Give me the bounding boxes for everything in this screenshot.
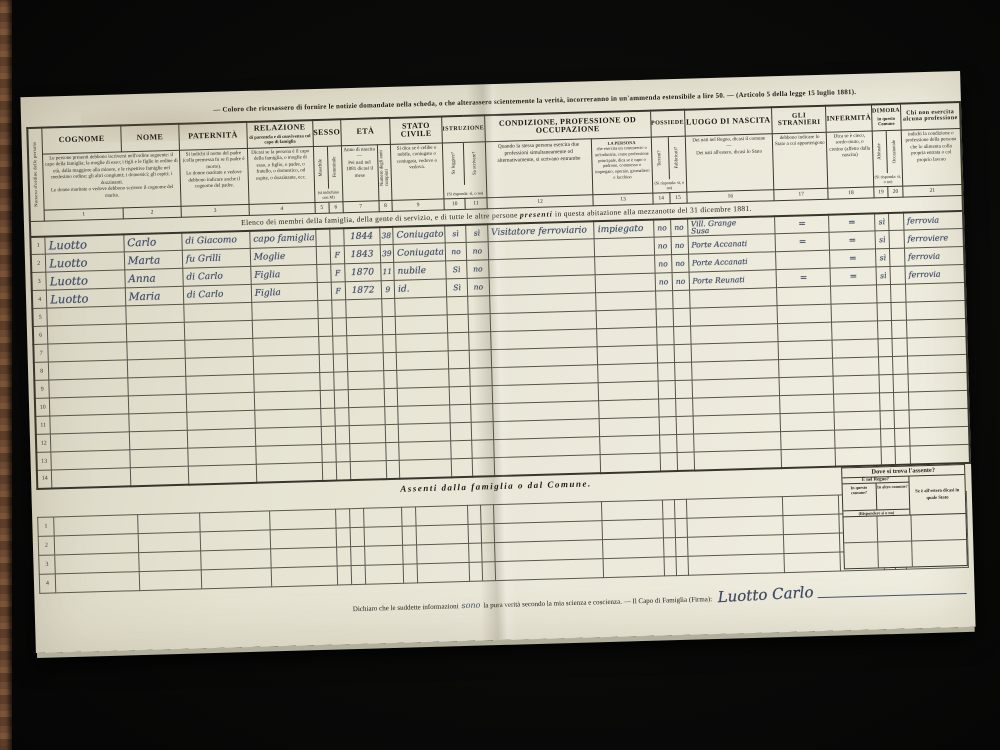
declaration-line: Dichiaro che le suddette informazioni so… xyxy=(352,580,966,615)
cell-stato-civile xyxy=(398,423,450,442)
cell-cognome xyxy=(51,432,130,452)
cell-la-persona xyxy=(596,291,656,311)
cell-fabbricati: no xyxy=(672,272,689,290)
cell-anno-nascita xyxy=(346,335,382,354)
cell-chi-non-esercita xyxy=(909,408,969,428)
cell-sesso-f: F xyxy=(331,282,345,300)
cell-dimora-abituale xyxy=(876,285,891,303)
cell-fabbricati xyxy=(673,308,690,326)
cell-nome: Carlo xyxy=(124,232,183,252)
header-relazione: RELAZIONEdi parentela e di convivenza co… xyxy=(246,120,313,148)
cell-dimora-occasionale xyxy=(892,338,907,356)
cell-anni-compiuti: 39 xyxy=(380,244,394,262)
cell-sesso-m xyxy=(320,408,334,426)
cell-sesso-f xyxy=(331,300,345,318)
cell-sa-leggere: sì xyxy=(445,224,467,243)
cell-sesso-m xyxy=(317,282,331,300)
cell-dimora-abituale xyxy=(877,320,892,338)
cell-anno-nascita xyxy=(346,317,382,336)
cell-terreni: no xyxy=(654,237,671,255)
cell-professione xyxy=(494,455,601,476)
header-cognome: COGNOME xyxy=(42,125,121,153)
cell-sa-scrivere: no xyxy=(467,278,489,297)
dove-estero-label: Se è all'estero dicasi in quale Stato xyxy=(909,475,965,515)
cell-dimora-occasionale xyxy=(895,428,910,446)
column-number: 8 xyxy=(379,200,393,211)
cell-sesso-m xyxy=(321,444,335,462)
cell-dimora-abituale: sì xyxy=(875,249,890,267)
cell-stranieri xyxy=(779,376,834,396)
cell-infermita xyxy=(832,339,878,358)
cell-anni-compiuti: 11 xyxy=(380,262,394,280)
cell-sa-scrivere xyxy=(469,350,491,369)
cell-nome xyxy=(126,304,185,324)
cell-sesso-f xyxy=(333,372,347,390)
cell-sesso-f xyxy=(335,444,349,462)
cell-cognome xyxy=(49,378,128,398)
cell-fabbricati xyxy=(675,398,692,416)
cell-terreni xyxy=(658,399,675,417)
cell-dimora-abituale xyxy=(879,374,894,392)
cell-cognome: Luotto xyxy=(46,270,125,290)
cell-dimora-occasionale xyxy=(889,212,904,230)
column-number: 5 xyxy=(315,202,329,213)
dove-questo-comune: In questo comune? xyxy=(843,483,877,510)
census-table: Numero d'ordine delle persone COGNOME NO… xyxy=(26,101,971,489)
cell-la-persona xyxy=(599,399,659,419)
cell-row-number: 10 xyxy=(35,398,50,416)
cell-anno-nascita xyxy=(349,425,385,444)
cell-terreni xyxy=(655,291,672,309)
cell-relazione xyxy=(253,337,319,357)
cell-sa-leggere xyxy=(450,404,472,423)
cell-relazione: capo famiglia xyxy=(250,229,316,249)
cell-dimora-abituale xyxy=(880,428,895,446)
cell-terreni xyxy=(656,327,673,345)
cell-terreni xyxy=(659,417,676,435)
cell-dimora-occasionale xyxy=(893,356,908,374)
cell-sesso-m xyxy=(322,462,336,480)
cell-sa-scrivere: no xyxy=(466,242,488,261)
header-sesso: SESSO xyxy=(312,119,341,146)
cell-relazione: Moglie xyxy=(250,247,316,267)
cell-relazione xyxy=(255,426,321,446)
cell-infermita: = xyxy=(830,249,876,268)
cell-terreni xyxy=(657,363,674,381)
cell-chi-non-esercita xyxy=(907,354,967,374)
cell-stato-civile xyxy=(399,441,451,460)
cell-dimora-abituale: sì xyxy=(874,213,889,231)
cell-nome xyxy=(129,412,188,432)
cell-cognome xyxy=(48,324,127,344)
cell-stato-civile xyxy=(397,369,449,388)
column-number: 19 xyxy=(874,186,889,197)
note-stranieri: debbono indicare lo Stato a cui apparten… xyxy=(772,132,828,189)
cell-nome: Maria xyxy=(125,286,184,306)
cell-chi-non-esercita xyxy=(905,282,965,302)
cell-sesso-m xyxy=(316,246,330,264)
cell-cognome xyxy=(48,342,127,362)
cell-stato-civile xyxy=(396,333,448,352)
wood-table-edge xyxy=(0,0,12,750)
cell-row-number: 3 xyxy=(39,554,56,573)
cell-sesso-f xyxy=(332,336,346,354)
cell-stranieri: = xyxy=(775,232,830,252)
signature: Luotto Carlo xyxy=(718,583,815,606)
cell-relazione: Figlia xyxy=(251,283,317,303)
cell-row-number: 13 xyxy=(36,452,51,470)
cell-relazione xyxy=(254,390,320,410)
cell-nome: Anna xyxy=(125,268,184,288)
cell-terreni xyxy=(657,345,674,363)
cell-nome xyxy=(130,466,189,486)
cell-cognome: Luotto xyxy=(47,288,126,308)
cell-dimora-occasionale xyxy=(890,266,905,284)
cell-row-number: 1 xyxy=(30,236,45,254)
dove-empty-cells xyxy=(843,514,966,569)
cell-fabbricati xyxy=(674,362,691,380)
cell-row-number: 9 xyxy=(34,380,49,398)
cell-terreni: no xyxy=(653,219,670,237)
cell-row-number: 1 xyxy=(38,516,55,535)
cell-la-persona: impiegato xyxy=(594,219,654,239)
cell-sesso-m xyxy=(316,264,330,282)
cell-cognome xyxy=(52,468,131,488)
note-condizione: Quando la stessa persona esercita due pr… xyxy=(485,138,593,197)
cell-anni-compiuti: 38 xyxy=(379,226,393,244)
cell-paternita xyxy=(185,338,253,358)
cell-chi-non-esercita xyxy=(908,372,968,392)
cell-chi-non-esercita: ferrovia xyxy=(904,246,964,266)
cell-infermita: = xyxy=(830,267,876,286)
cell-sa-scrivere xyxy=(470,368,492,387)
cell-stranieri xyxy=(776,250,831,270)
subheader-dimora: Abituale Occasionale (Si risponda: sì, o… xyxy=(872,130,903,187)
cell-fabbricati: no xyxy=(671,254,688,272)
cell-sa-leggere xyxy=(448,332,470,351)
cell-stranieri xyxy=(778,340,833,360)
header-nome: NOME xyxy=(120,124,179,152)
cell-row-number: 5 xyxy=(32,308,47,326)
cell-infermita xyxy=(833,375,879,394)
cell-chi-non-esercita xyxy=(906,300,966,320)
cell-sesso-f: F xyxy=(330,264,344,282)
note-la-persona: LA PERSONAche esercita un commercio o un… xyxy=(592,137,653,195)
cell-infermita xyxy=(835,429,881,448)
cell-row-number: 12 xyxy=(36,434,51,452)
cell-anno-nascita: 1843 xyxy=(344,245,380,264)
header-possiede: POSSIEDE xyxy=(650,110,685,137)
cell-stato-civile xyxy=(399,459,451,478)
dove-box: Dove si trova l'assente? È nel Regno? In… xyxy=(841,463,968,568)
cell-fabbricati xyxy=(673,326,690,344)
dove-altro-comune: In altro comune? xyxy=(876,482,909,509)
cell-sa-scrivere: no xyxy=(467,260,489,279)
cell-dimora-abituale: sì xyxy=(875,231,890,249)
cell-stato-civile xyxy=(395,297,447,316)
cell-stato-civile xyxy=(395,315,447,334)
cell-terreni xyxy=(660,453,677,471)
cell-infermita xyxy=(835,447,881,466)
cell-la-persona xyxy=(595,237,655,257)
cell-paternita xyxy=(188,446,256,466)
header-chi-non-esercita: Chi non esercita alcuna professione xyxy=(900,102,960,130)
cell-fabbricati xyxy=(674,344,691,362)
cell-dimora-occasionale xyxy=(895,446,910,464)
cell-sesso-f xyxy=(334,390,348,408)
cell-fabbricati: no xyxy=(671,236,688,254)
census-rows: 1 Luotto Carlo di Giacomo capo famiglia … xyxy=(30,210,970,488)
cell-sa-leggere: Sì xyxy=(446,260,468,279)
column-number: 14 xyxy=(653,192,670,203)
cell-chi-non-esercita xyxy=(908,390,968,410)
cell-anno-nascita xyxy=(347,371,383,390)
cell-terreni xyxy=(659,435,676,453)
cell-anno-nascita xyxy=(349,443,385,462)
cell-chi-non-esercita: ferrovia xyxy=(905,264,965,284)
cell-paternita xyxy=(188,464,256,484)
cell-sa-leggere: Sì xyxy=(446,278,468,297)
cell-fabbricati xyxy=(675,380,692,398)
cell-relazione: Figlia xyxy=(251,265,317,285)
header-stranieri: GLI STRANIERI xyxy=(772,106,827,134)
cell-paternita xyxy=(184,302,252,322)
cell-row-number: 8 xyxy=(34,362,49,380)
cell-stranieri xyxy=(777,286,832,306)
cell-dimora-occasionale xyxy=(894,410,909,428)
cell-nome xyxy=(129,430,188,450)
cell-anni-compiuti xyxy=(382,316,396,334)
cell-la-persona xyxy=(598,345,658,365)
cell-dimora-occasionale xyxy=(889,230,904,248)
header-dimora: DIMORAin questo Comune xyxy=(871,104,901,131)
cell-row-number: 6 xyxy=(33,326,48,344)
cell-terreni: no xyxy=(655,273,672,291)
cell-sesso-m xyxy=(319,372,333,390)
cell-cognome xyxy=(49,360,128,380)
cell-anni-compiuti xyxy=(384,388,398,406)
cell-paternita: fu Grilli xyxy=(182,248,250,268)
cell-dimora-abituale xyxy=(878,356,893,374)
cell-fabbricati xyxy=(676,434,693,452)
cell-infermita xyxy=(834,411,880,430)
cell-sesso-f xyxy=(335,426,349,444)
cell-sa-leggere xyxy=(449,386,471,405)
cell-nome xyxy=(128,394,187,414)
cell-sa-scrivere xyxy=(471,422,493,441)
cell-sa-scrivere xyxy=(472,458,494,477)
note-luogo-nascita: Dei nati nel Regno, dicasi il comune — D… xyxy=(685,133,774,191)
subheader-sesso: Maschile Femminile (si indichino con M) xyxy=(313,145,343,202)
cell-paternita: di Carlo xyxy=(183,284,251,304)
cell-sesso-m xyxy=(318,318,332,336)
assenti-section: Assenti dalla famiglia o dal Comune. 1 xyxy=(31,467,973,593)
cell-stranieri xyxy=(781,448,836,468)
cell-sa-leggere xyxy=(451,458,473,477)
cell-chi-non-esercita xyxy=(910,444,970,464)
cell-anno-nascita xyxy=(348,407,384,426)
cell-la-persona xyxy=(600,417,660,437)
cell-anni-compiuti: 9 xyxy=(381,280,395,298)
cell-paternita xyxy=(187,428,255,448)
subheader-anni-compiuti: Numero degli anni compiuti xyxy=(377,144,392,200)
cell-la-persona xyxy=(597,327,657,347)
column-number: 20 xyxy=(888,186,903,197)
cell-paternita xyxy=(186,374,254,394)
cell-anno-nascita xyxy=(350,461,386,480)
cell-dimora-abituale: sì xyxy=(876,267,891,285)
note-relazione: Dicasi se la persona è il capo della fam… xyxy=(247,146,314,204)
cell-nome xyxy=(127,340,186,360)
cell-dimora-abituale xyxy=(878,338,893,356)
cell-sesso-f xyxy=(333,354,347,372)
cell-anni-compiuti xyxy=(385,442,399,460)
cell-stato-civile xyxy=(396,351,448,370)
cell-fabbricati: no xyxy=(670,218,687,236)
cell-row-number: 11 xyxy=(35,416,50,434)
cell-row-number: 3 xyxy=(31,272,46,290)
cell-cognome xyxy=(51,450,130,470)
cell-infermita xyxy=(831,303,877,322)
signature-underline xyxy=(818,581,967,598)
cell-anni-compiuti xyxy=(381,298,395,316)
cell-fabbricati xyxy=(672,290,689,308)
cell-sesso-m xyxy=(319,354,333,372)
cell-sa-scrivere xyxy=(470,386,492,405)
cell-nome xyxy=(130,448,189,468)
cell-sesso-f xyxy=(336,462,350,480)
cell-stranieri: = xyxy=(775,214,830,234)
cell-chi-non-esercita xyxy=(909,426,969,446)
cell-relazione xyxy=(256,444,322,464)
cell-sesso-m xyxy=(315,228,329,246)
cell-chi-non-esercita xyxy=(907,336,967,356)
cell-sesso-f xyxy=(332,318,346,336)
cell-la-persona xyxy=(600,435,660,455)
cell-stranieri: = xyxy=(776,268,831,288)
cell-nome xyxy=(128,376,187,396)
note-infermita: Dica se è cieco, sordo-muto, o cretino (… xyxy=(827,130,874,187)
handwritten-sono: sono xyxy=(461,600,480,610)
cell-sesso-f xyxy=(329,228,343,246)
cell-la-persona xyxy=(597,309,657,329)
cell-nome xyxy=(127,358,186,378)
cell-dimora-occasionale xyxy=(891,284,906,302)
cell-paternita xyxy=(187,410,255,430)
cell-anni-compiuti xyxy=(385,424,399,442)
cell-terreni: no xyxy=(654,255,671,273)
cell-terreni xyxy=(656,309,673,327)
cell-sesso-f: F xyxy=(330,246,344,264)
cell-anni-compiuti xyxy=(384,406,398,424)
cell-row-number: 2 xyxy=(31,254,46,272)
note-cognome-nome: Le persone presenti debbono iscriversi n… xyxy=(43,150,181,210)
cell-sa-leggere xyxy=(451,440,473,459)
cell-infermita xyxy=(832,321,878,340)
cell-chi-non-esercita: ferrovia xyxy=(903,210,963,230)
cell-cognome xyxy=(47,306,126,326)
cell-nome: Marta xyxy=(124,250,183,270)
cell-nome xyxy=(126,322,185,342)
subheader-possiede: Terreni? Fabbricati? (Si risponda: sì, o… xyxy=(651,136,686,193)
cell-stranieri xyxy=(779,358,834,378)
cell-anni-compiuti xyxy=(383,352,397,370)
cell-la-persona xyxy=(596,273,656,293)
cell-row-number: 4 xyxy=(32,290,47,308)
cell-stranieri xyxy=(780,412,835,432)
cell-row-number: 4 xyxy=(39,573,56,592)
cell-sa-leggere xyxy=(447,296,469,315)
cell-stato-civile: Coniugata xyxy=(393,243,445,262)
cell-relazione xyxy=(253,354,319,374)
cell-dimora-occasionale xyxy=(891,302,906,320)
header-eta: ETÀ xyxy=(340,118,390,145)
cell-sesso-m xyxy=(318,336,332,354)
header-luogo-nascita: LUOGO DI NASCITA xyxy=(684,107,772,135)
subheader-istruzione: Sa leggere? Sa scrivere? (Si risponda: s… xyxy=(442,141,486,198)
cell-chi-non-esercita xyxy=(906,318,966,338)
cell-anno-nascita: 1844 xyxy=(343,227,379,246)
cell-infermita xyxy=(834,393,880,412)
cell-paternita: di Giacomo xyxy=(182,230,250,250)
cell-la-persona xyxy=(601,453,661,473)
cell-dimora-abituale xyxy=(880,410,895,428)
cell-anno-nascita xyxy=(348,389,384,408)
cell-anno-nascita: 1870 xyxy=(344,263,380,282)
cell-anno-nascita xyxy=(345,299,381,318)
cell-row-number: 2 xyxy=(38,535,55,554)
header-infermita: INFERMITÀ xyxy=(826,104,872,131)
cell-dimora-occasionale xyxy=(892,320,907,338)
cell-stranieri xyxy=(780,394,835,414)
cell-stato-civile: id. xyxy=(394,279,446,298)
cell-dimora-abituale xyxy=(877,302,892,320)
subheader-anno-nascita: Anno di nascita — Pei nati nel 1881 dica… xyxy=(341,144,378,201)
note-stato-civile: Si dica se è celibe o nubile, coniugato … xyxy=(390,142,443,199)
cell-sa-scrivere: sì xyxy=(466,224,488,243)
cell-sesso-m xyxy=(320,390,334,408)
cell-dimora-occasionale xyxy=(893,374,908,392)
header-istruzione: ISTRUZIONE xyxy=(442,115,485,142)
cell-stranieri xyxy=(777,304,832,324)
cell-dimora-occasionale xyxy=(890,248,905,266)
cell-anno-nascita: 1872 xyxy=(345,281,381,300)
header-paternita: PATERNITÀ xyxy=(179,122,248,150)
cell-paternita xyxy=(186,392,254,412)
cell-row-number: 14 xyxy=(37,470,52,488)
header-stato-civile: STATO CIVILE xyxy=(390,116,443,143)
cell-sa-scrivere xyxy=(471,404,493,423)
cell-sa-leggere xyxy=(450,422,472,441)
cell-sesso-m xyxy=(321,426,335,444)
cell-fabbricati xyxy=(677,452,694,470)
note-paternita: Si indichi il nome del padre (colla prem… xyxy=(179,148,248,206)
note-chi-non-esercita: indichi la condizione o professione dell… xyxy=(901,128,962,186)
cell-sa-leggere: no xyxy=(445,242,467,261)
cell-paternita: di Carlo xyxy=(183,266,251,286)
cell-stato-civile xyxy=(398,405,450,424)
cell-infermita xyxy=(831,285,877,304)
cell-relazione xyxy=(254,372,320,392)
cell-infermita xyxy=(833,357,879,376)
cell-paternita xyxy=(184,320,252,340)
cell-stato-civile: Coniugato xyxy=(393,225,445,244)
cell-paternita xyxy=(185,356,253,376)
cell-fabbricati xyxy=(676,416,693,434)
column-number: 10 xyxy=(444,198,466,210)
cell-sa-scrivere xyxy=(472,440,494,459)
cell-anni-compiuti xyxy=(386,460,400,478)
